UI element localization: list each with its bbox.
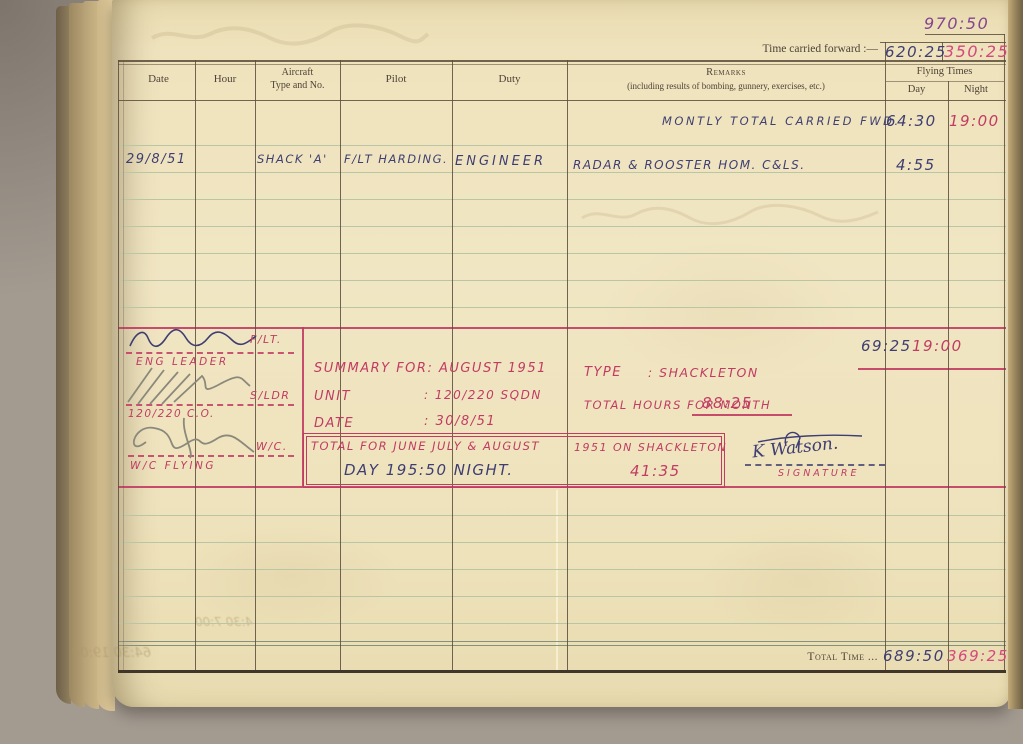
header-aircraft-line1: Aircraft [255, 67, 340, 78]
summary-date-value: : 30/8/51 [424, 414, 496, 429]
summary-type-value: : Shackleton [648, 365, 759, 380]
month-total-night: 19:00 [912, 337, 963, 355]
total-box-day: Day 195:50 Night. [344, 461, 513, 479]
rule-line [858, 368, 1006, 370]
carried-forward-day: 620:25 [885, 43, 947, 61]
rule-line [886, 81, 1004, 82]
dashed-line [126, 352, 294, 354]
summary-unit-value: : 120/220 Sqdn [424, 388, 542, 402]
total-time-label: Total Time ... [760, 651, 878, 663]
signature3-title: W/C Flying [130, 460, 216, 472]
summary-date-label: Date [314, 416, 354, 431]
row1-remarks: Montly Total Carried Fwd. [662, 114, 901, 128]
grid-line [118, 60, 119, 670]
header-day: Day [885, 84, 948, 95]
total-time-night: 369:25 [947, 647, 1009, 665]
signature-scribble-co [124, 362, 254, 406]
rule-line [118, 307, 1006, 308]
summary-unit-label: Unit [314, 389, 351, 404]
header-aircraft-line2: Type and No. [255, 80, 340, 91]
total-box-night: 41:35 [630, 462, 681, 480]
rule-line [118, 596, 1006, 597]
signature3-rank: W/C. [256, 440, 288, 453]
rule-line [118, 64, 1006, 65]
header-remarks: Remarks [567, 67, 885, 78]
total-box-title2: 1951 on Shackleton [574, 441, 727, 454]
carried-forward-label: Time carried forward :— [720, 43, 878, 55]
summary-hours-value: 88:25 [702, 394, 753, 412]
grand-total-carried-forward: 970:50 [924, 14, 989, 33]
total-time-day: 689:50 [883, 647, 945, 665]
header-night: Night [948, 84, 1004, 95]
bleedthrough-text: 64:30 19:00 [72, 646, 151, 661]
carried-forward-night: 350:25 [944, 42, 1009, 61]
signature-scribble-eng-leader [128, 326, 260, 352]
rule-line [118, 60, 1006, 62]
rule-line [118, 145, 1006, 146]
signature1-rank: F/Lt. [250, 333, 282, 346]
month-total-day: 69:25 [861, 337, 912, 355]
rule-line [118, 515, 1006, 516]
rule-line [118, 172, 1006, 173]
grid-line [885, 42, 886, 670]
rule-line [118, 645, 1006, 646]
rule-line [118, 100, 1006, 101]
page-fore-edge [1008, 0, 1023, 709]
rule-line [118, 641, 1006, 642]
row2-remarks: Radar & Rooster Hom. C&Ls. [573, 158, 806, 172]
dashed-line [745, 464, 885, 466]
signature-flourish [756, 428, 866, 448]
grid-line [255, 60, 256, 670]
header-date: Date [122, 73, 195, 85]
rule-line [118, 280, 1006, 281]
rule-line [118, 623, 1006, 624]
grid-line [948, 81, 949, 670]
header-flying-times: Flying Times [885, 66, 1004, 77]
signature-label: Signature [778, 468, 859, 479]
row2-duty: Engineer [455, 154, 546, 169]
grid-line [1004, 34, 1005, 670]
rule-line [118, 253, 1006, 254]
signature2-rank: S/Ldr [250, 389, 290, 402]
rule-line [118, 670, 1006, 673]
rule-line [925, 34, 1005, 35]
row2-day: 4:55 [896, 156, 936, 174]
rule-line [118, 226, 1006, 227]
header-pilot: Pilot [340, 73, 452, 85]
header-hour: Hour [195, 73, 255, 85]
grid-line [567, 60, 568, 670]
rule-line [118, 569, 1006, 570]
row1-day: 64:30 [886, 112, 937, 130]
total-box-title: Total for June July & August [311, 439, 540, 453]
row2-aircraft: Shack 'A' [257, 152, 328, 166]
row2-date: 29/8/51 [126, 152, 187, 167]
signature-scribble-wc [122, 412, 262, 460]
summary-type-label: Type [584, 365, 622, 380]
summary-heading: Summary for: August 1951 [314, 361, 547, 376]
row1-night: 19:00 [949, 112, 1000, 130]
row2-pilot: F/Lt Harding. [344, 152, 448, 166]
header-remarks-sub: (including results of bombing, gunnery, … [567, 81, 885, 91]
bleedthrough-text: 4:30 7:00 [195, 615, 253, 629]
header-duty: Duty [452, 73, 567, 85]
bleedthrough-scribble [150, 22, 430, 48]
rule-line [692, 414, 792, 416]
rule-line [118, 199, 1006, 200]
logbook-scan: 64:30 19:00 4:30 7:00 Time carried forwa… [0, 0, 1023, 744]
rule-line [118, 542, 1006, 543]
